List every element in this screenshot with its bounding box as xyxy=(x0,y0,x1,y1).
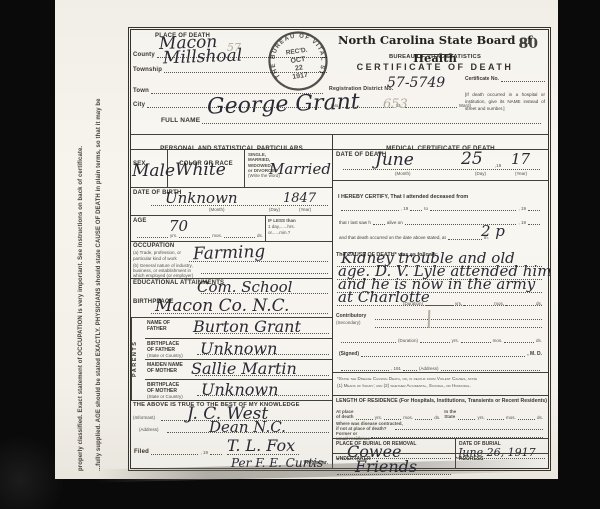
registrar-signature: T. L. Fox xyxy=(227,438,295,454)
occupation-value: Farming xyxy=(193,244,266,264)
filed-label: Filed xyxy=(134,449,149,455)
hospital-note: [If death occurred in a hospital or inst… xyxy=(465,92,545,113)
marital-value: Married xyxy=(269,162,331,177)
age-value: 70 xyxy=(169,219,188,234)
personal-section-title: PERSONAL AND STATISTICAL PARTICULARS xyxy=(131,135,332,150)
received-stamp: THE BUREAU OF VITAL STATISTICS REC'D. OC… xyxy=(263,26,333,96)
death-time-value: 2 p xyxy=(481,224,505,239)
town-label: Town xyxy=(133,88,149,94)
stamp-year: 1917 xyxy=(292,72,309,81)
contributory-duration-row: (Duration) yrs. mos. ds. xyxy=(333,330,548,344)
dob-month-caption: (Month) xyxy=(209,207,225,212)
footnote-block: *State the Disease Causing Death, or, in… xyxy=(333,372,548,395)
filed-block: Filed , 19 T. L. Fox Per F. E. Curtis Re… xyxy=(131,437,332,468)
father-birthplace-value: Unknown xyxy=(200,341,277,357)
death-occurred-row: and that death occurred on the date abov… xyxy=(333,226,548,241)
margin-note-line2: properly classified. Exact statement of … xyxy=(78,146,84,471)
dob-row: DATE OF BIRTH (Month) (Day) (Year) Unkno… xyxy=(131,188,332,216)
scanned-death-certificate: ...fully supplied. AGE should be stated … xyxy=(0,0,600,509)
last-saw-row: that I last saw h alive on , 19 xyxy=(333,212,548,226)
burial-place-cell: PLACE OF BURIAL OR REMOVAL Cowee xyxy=(333,439,455,453)
stamp-svg: THE BUREAU OF VITAL STATISTICS REC'D. OC… xyxy=(263,26,333,96)
informant-address-value: Dean N.C. xyxy=(209,420,286,435)
residence-title: LENGTH OF RESIDENCE (For Hospitals, Inst… xyxy=(336,398,547,404)
mother-birthplace-value: Unknown xyxy=(201,382,278,398)
mother-name-value: Sallie Martin xyxy=(191,361,297,377)
title-rule xyxy=(417,54,453,55)
residence-block: LENGTH OF RESIDENCE (For Hospitals, Inst… xyxy=(333,395,548,438)
medical-section-title: MEDICAL CERTIFICATE OF DEATH xyxy=(333,135,548,150)
residence-duration-row: At place of death yrs. mos. ds. In the S… xyxy=(336,409,543,420)
township-label: Township xyxy=(133,67,162,73)
margin-note-line1: ...fully supplied. AGE should be stated … xyxy=(96,98,102,471)
dob-year-value: 1847 xyxy=(283,192,316,205)
dob-value: Unknown xyxy=(165,191,238,206)
corner-number: 80 xyxy=(519,36,538,52)
city-label: City xyxy=(133,102,145,108)
pencil-stroke xyxy=(428,310,431,328)
dob-day-caption: (Day) xyxy=(269,207,280,212)
undertaker-value: Friends xyxy=(355,459,417,475)
parents-side-label: PARENTS xyxy=(131,318,145,400)
county-label: County xyxy=(133,52,155,58)
stamp-month: OCT xyxy=(290,56,306,65)
occupation-row: OCCUPATION (a) Trade, profession, or par… xyxy=(131,242,332,279)
full-name-label: FULL NAME xyxy=(161,117,200,124)
father-name-row: NAME OF FATHER Burton Grant xyxy=(145,318,332,339)
certificate-form: PLACE OF DEATH County Macon 57 Township … xyxy=(128,27,551,471)
father-name-value: Burton Grant xyxy=(193,319,301,335)
certificate-title: CERTIFICATE OF DEATH xyxy=(323,57,547,75)
dob-year-caption: (Year) xyxy=(299,207,311,212)
contributory-row: Contributory (Secondary) xyxy=(333,310,548,330)
cause-of-death-area: Kidney trouble and old age. D. V. Lyle a… xyxy=(333,254,548,310)
mother-name-row: MAIDEN NAME OF MOTHER Sallie Martin xyxy=(145,360,332,381)
sex-race-marital-row: SEX COLOR OR RACE SINGLE, MARRIED, WIDOW… xyxy=(131,150,332,188)
if-less-cell: IF LESS than 1 day,......hrs. or......mi… xyxy=(265,216,332,241)
stamp-day: 22 xyxy=(295,64,304,72)
parents-block: PARENTS NAME OF FATHER Burton Grant BIRT… xyxy=(131,317,332,401)
dod-year-value: 17 xyxy=(511,152,530,167)
township-value: Millshoal xyxy=(163,48,243,68)
burial-date-cell: DATE OF BURIAL June 26, 1917 xyxy=(455,439,548,453)
registration-district-value: 57-5749 xyxy=(387,76,445,90)
father-birthplace-row: BIRTHPLACE OF FATHER (State or Country) … xyxy=(145,339,332,360)
signed-row: (Signed) , M. D. xyxy=(333,344,548,358)
attended-from-to-row: , 19 to , 19 xyxy=(333,199,548,212)
signed-date-address-row: , 191 (Address) xyxy=(333,358,548,372)
race-value: White xyxy=(175,162,226,179)
paper: ...fully supplied. AGE should be stated … xyxy=(55,0,558,479)
cause-line-4: at Charlotte xyxy=(338,290,430,305)
full-name-value: George Grant xyxy=(207,91,360,118)
age-row: AGE yrs. mos. ds. 70 IF LESS than 1 day,… xyxy=(131,216,332,242)
certificate-no-row: Certificate No. xyxy=(465,74,547,82)
age-cell: AGE yrs. mos. ds. 70 xyxy=(131,216,265,241)
pencil-number: 653 xyxy=(383,98,408,111)
dod-day-value: 25 xyxy=(461,151,483,168)
medical-column: MEDICAL CERTIFICATE OF DEATH DATE OF DEA… xyxy=(332,135,548,468)
mother-birthplace-row: BIRTHPLACE OF MOTHER (State or Country) … xyxy=(145,380,332,400)
personal-column: PERSONAL AND STATISTICAL PARTICULARS SEX… xyxy=(131,135,332,468)
education-value: Com. School xyxy=(197,280,292,295)
certify-line: I HEREBY CERTIFY, That I attended deceas… xyxy=(333,181,548,199)
registrar-per: Per F. E. Curtis xyxy=(231,457,323,469)
date-of-death-row: DATE OF DEATH (Month) (Day) (Year) June … xyxy=(333,150,548,181)
form-header: PLACE OF DEATH County Macon 57 Township … xyxy=(131,30,548,135)
dod-month-value: June xyxy=(375,152,414,169)
birthplace-row: BIRTHPLACE Macon Co. N.C. xyxy=(131,298,332,317)
attestation-block: THE ABOVE IS TRUE TO THE BEST OF MY KNOW… xyxy=(131,401,332,437)
birthplace-value: Macon Co. N.C. xyxy=(155,298,289,315)
sex-value: Male xyxy=(132,163,175,180)
burial-date-value: June 26, 1917 xyxy=(458,447,536,458)
burial-place-row: PLACE OF BURIAL OR REMOVAL Cowee DATE OF… xyxy=(333,439,548,454)
